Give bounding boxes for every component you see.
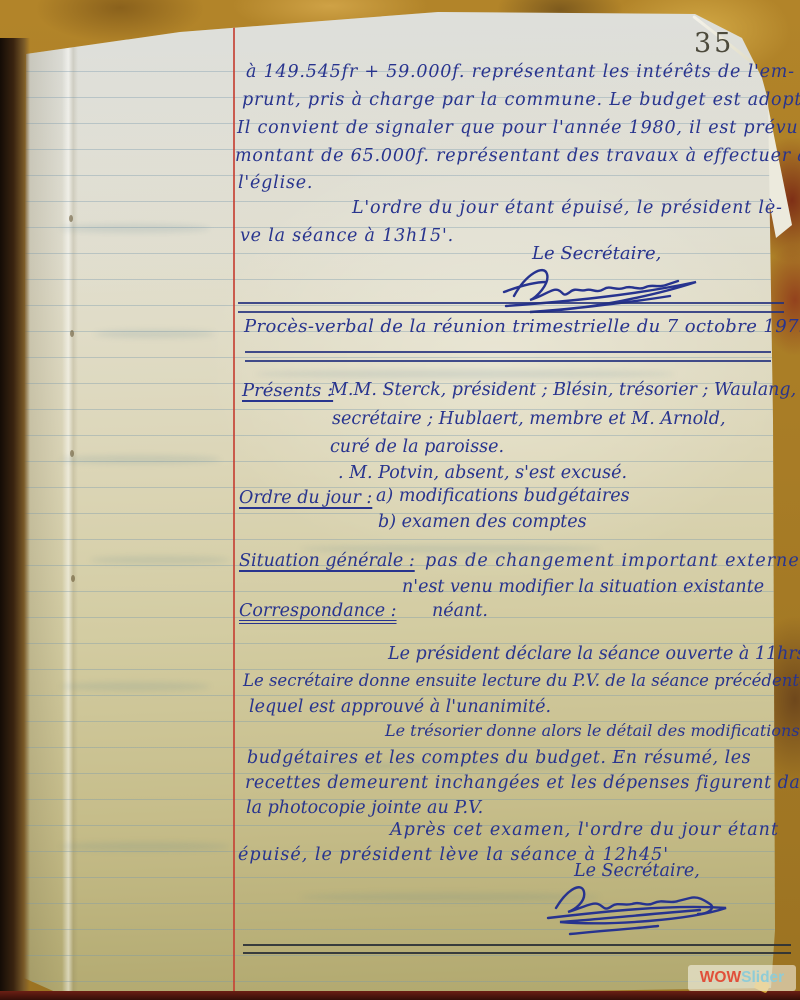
watermark-slider-text: Slider [741, 969, 784, 987]
ink-bleed-smudge [60, 682, 210, 691]
handwriting-line: prunt, pris à charge par la commune. Le … [242, 90, 800, 110]
ink-bleed-smudge [60, 842, 230, 851]
correspondence-label: Correspondance : [239, 601, 397, 621]
stitch-dot [70, 330, 74, 337]
presents-label: Présents : [242, 380, 333, 401]
ink-bleed-smudge [60, 455, 220, 464]
ink-bleed-smudge [255, 370, 675, 378]
ink-bleed-smudge [60, 224, 210, 233]
handwriting-line: Le secrétaire donne ensuite lecture du P… [243, 671, 800, 690]
handwriting-line: . M. Potvin, absent, s'est excusé. [338, 463, 627, 483]
table-edge [0, 991, 800, 1000]
handwriting-line: la photocopie jointe au P.V. [246, 798, 483, 818]
handwriting-line: Le trésorier donne alors le détail des m… [385, 721, 800, 740]
notebook-photo: 35 à 149.545fr + 59.000f. représentant l… [0, 0, 800, 1000]
ink-bleed-smudge [95, 330, 215, 338]
agenda-label: Ordre du jour : [239, 488, 372, 508]
handwriting-line: ve la séance à 13h15'. [240, 226, 454, 246]
handwriting-line: montant de 65.000f. représentant des tra… [235, 146, 800, 166]
handwriting-line: M.M. Sterck, président ; Blésin, trésori… [330, 380, 796, 400]
binding-edge [0, 38, 30, 1000]
handwriting-line: pas de changement important externe [425, 551, 800, 571]
handwriting-line: Il convient de signaler que pour l'année… [237, 118, 800, 138]
separator-rule [245, 351, 771, 362]
ink-bleed-smudge [90, 556, 230, 564]
handwriting-line: n'est venu modifier la situation existan… [402, 577, 764, 597]
stitch-dot [69, 215, 73, 222]
separator-rule [238, 302, 784, 313]
handwriting-line: Après cet examen, l'ordre du jour étant [390, 820, 779, 840]
stitch-dot [71, 575, 75, 582]
handwriting-line: budgétaires et les comptes du budget. En… [247, 748, 751, 768]
handwriting-line: secrétaire ; Hublaert, membre et M. Arno… [332, 409, 726, 429]
situation-label: Situation générale : [239, 551, 415, 571]
handwriting-line: b) examen des comptes [378, 512, 587, 532]
signature-scrawl [540, 878, 740, 940]
handwriting-line: l'église. [238, 173, 313, 193]
minutes-title: Procès-verbal de la réunion trimestriell… [244, 316, 800, 337]
handwriting-line: lequel est approuvé à l'unanimité. [249, 697, 551, 717]
handwriting-line: L'ordre du jour étant épuisé, le préside… [352, 198, 783, 218]
page-number: 35 [694, 28, 734, 59]
handwriting-line: a) modifications budgétaires [376, 486, 630, 506]
wowslider-watermark[interactable]: WOWSlider [688, 965, 796, 991]
handwriting-line: recettes demeurent inchangées et les dép… [245, 773, 800, 793]
handwriting-line: à 149.545fr + 59.000f. représentant les … [246, 62, 795, 82]
watermark-wow-text: WOW [700, 969, 741, 987]
handwriting-line: curé de la paroisse. [330, 437, 504, 457]
separator-rule [243, 944, 791, 954]
handwriting-line: Le président déclare la séance ouverte à… [388, 644, 800, 664]
handwriting-line: néant. [432, 601, 488, 621]
